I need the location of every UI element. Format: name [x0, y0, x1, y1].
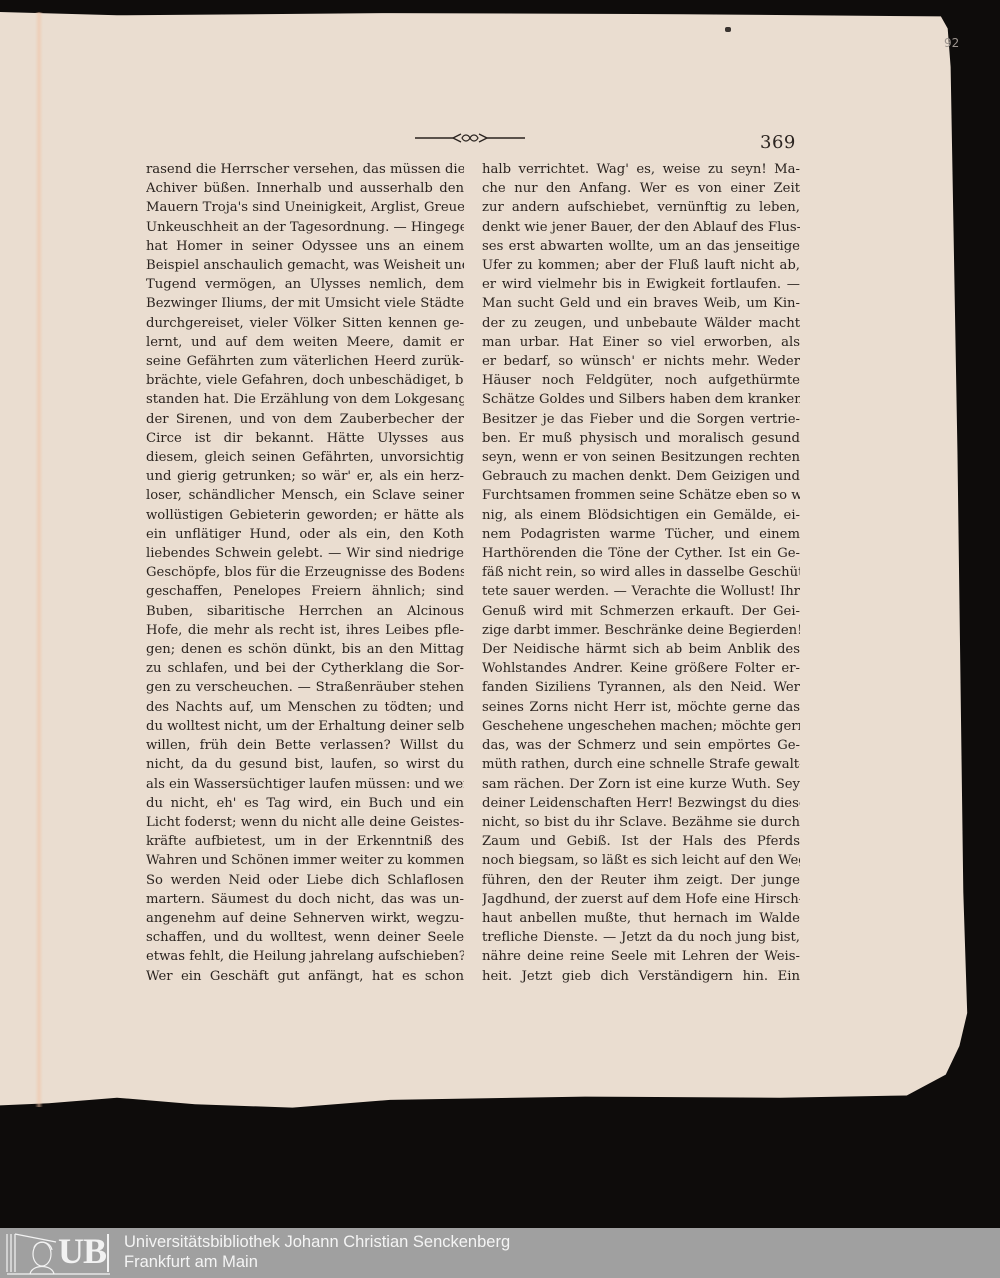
- text-line: seine Gefährten zum väterlichen Heerd zu…: [146, 352, 464, 371]
- text-line: fäß nicht rein, so wird alles in dasselb…: [482, 563, 800, 582]
- text-line: Wer ein Geschäft gut anfängt, hat es sch…: [146, 967, 464, 986]
- text-line: rasend die Herrscher versehen, das müsse…: [146, 160, 464, 179]
- text-line: zu schlafen, und bei der Cytherklang die…: [146, 659, 464, 678]
- text-line: gen; denen es schön dünkt, bis an den Mi…: [146, 640, 464, 659]
- text-line: ein unflätiger Hund, oder als ein, den K…: [146, 525, 464, 544]
- text-line: Wahren und Schönen immer weiter zu komme…: [146, 851, 464, 870]
- text-line: Man sucht Geld und ein braves Weib, um K…: [482, 294, 800, 313]
- text-line: liebendes Schwein gelebt. — Wir sind nie…: [146, 544, 464, 563]
- text-line: standen hat. Die Erzählung von dem Lokge…: [146, 390, 464, 409]
- text-line: zige darbt immer. Beschränke deine Begie…: [482, 621, 800, 640]
- text-line: angenehm auf deine Sehnerven wirkt, wegz…: [146, 909, 464, 928]
- page-fold-shadow: [35, 12, 43, 1107]
- text-line: Schätze Goldes und Silbers haben dem kra…: [482, 390, 800, 409]
- text-line: Gebrauch zu machen denkt. Dem Geizigen u…: [482, 467, 800, 486]
- text-line: der Sirenen, und von dem Zauberbecher de…: [146, 410, 464, 429]
- text-line: willen, früh dein Bette verlassen? Wills…: [146, 736, 464, 755]
- text-line: durchgereiset, vieler Völker Sitten kenn…: [146, 314, 464, 333]
- library-name: Universitätsbibliothek Johann Christian …: [124, 1233, 510, 1252]
- text-line: Der Neidische härmt sich ab beim Anblik …: [482, 640, 800, 659]
- text-line: Harthörenden die Töne der Cyther. Ist ei…: [482, 544, 800, 563]
- text-line: gen zu verscheuchen. — Straßenräuber ste…: [146, 678, 464, 697]
- text-line: So werden Neid oder Liebe dich Schlaflos…: [146, 871, 464, 890]
- text-line: nem Podagristen warme Tücher, und einem: [482, 525, 800, 544]
- text-line: lernt, und auf dem weiten Meere, damit e…: [146, 333, 464, 352]
- text-column-right: halb verrichtet. Wag' es, weise zu seyn!…: [482, 160, 800, 986]
- text-line: loser, schändlicher Mensch, ein Sclave s…: [146, 486, 464, 505]
- text-line: ben. Er muß physisch und moralisch gesun…: [482, 429, 800, 448]
- library-footer-bar: UB Universitätsbibliothek Johann Christi…: [0, 1228, 1000, 1278]
- text-line: diesem, gleich seinen Gefährten, unvorsi…: [146, 448, 464, 467]
- text-line: Mauern Troja's sind Uneinigkeit, Arglist…: [146, 198, 464, 217]
- text-line: heit. Jetzt gieb dich Verständigern hin.…: [482, 967, 800, 986]
- logo-divider: [107, 1234, 109, 1272]
- text-line: als ein Wassersüchtiger laufen müssen: u…: [146, 775, 464, 794]
- ub-logo-text: UB: [58, 1230, 106, 1272]
- text-line: brächte, viele Gefahren, doch unbeschädi…: [146, 371, 464, 390]
- text-line: schaffen, und du wolltest, wenn deiner S…: [146, 928, 464, 947]
- text-line: Häuser noch Feldgüter, noch aufgethürmte: [482, 371, 800, 390]
- text-line: das, was der Schmerz und sein empörtes G…: [482, 736, 800, 755]
- text-line: wollüstigen Gebieterin geworden; er hätt…: [146, 506, 464, 525]
- text-line: müth rathen, durch eine schnelle Strafe …: [482, 755, 800, 774]
- text-line: hat Homer in seiner Odyssee uns an einem: [146, 237, 464, 256]
- text-line: du wolltest nicht, um der Erhaltung dein…: [146, 717, 464, 736]
- text-line: sam rächen. Der Zorn ist eine kurze Wuth…: [482, 775, 800, 794]
- text-line: seines Zorns nicht Herr ist, möchte gern…: [482, 698, 800, 717]
- text-line: Ufer zu kommen; aber der Fluß lauft nich…: [482, 256, 800, 275]
- text-line: zur andern aufschiebet, vernünftig zu le…: [482, 198, 800, 217]
- text-line: ses erst abwarten wollte, um an das jens…: [482, 237, 800, 256]
- library-location: Frankfurt am Main: [124, 1253, 258, 1272]
- archive-folio-mark: 92: [944, 36, 959, 50]
- text-line: noch biegsam, so läßt es sich leicht auf…: [482, 851, 800, 870]
- text-line: martern. Säumest du doch nicht, das was …: [146, 890, 464, 909]
- text-line: und gierig getrunken; so wär' er, als ei…: [146, 467, 464, 486]
- text-line: seyn, wenn er von seinen Besitzungen rec…: [482, 448, 800, 467]
- text-line: Jagdhund, der zuerst auf dem Hofe eine H…: [482, 890, 800, 909]
- text-line: nig, als einem Blödsichtigen ein Gemälde…: [482, 506, 800, 525]
- text-line: nähre deine reine Seele mit Lehren der W…: [482, 947, 800, 966]
- text-line: nicht, da du gesund bist, laufen, so wir…: [146, 755, 464, 774]
- text-line: kräfte aufbietest, um in der Erkenntniß …: [146, 832, 464, 851]
- text-line: er wird vielmehr bis in Ewigkeit fortlau…: [482, 275, 800, 294]
- text-line: Besitzer je das Fieber und die Sorgen ve…: [482, 410, 800, 429]
- text-column-left: rasend die Herrscher versehen, das müsse…: [146, 160, 464, 986]
- text-line: Bezwinger Iliums, der mit Umsicht viele …: [146, 294, 464, 313]
- text-line: geschaffen, Penelopes Freiern ähnlich; s…: [146, 582, 464, 601]
- text-line: Zaum und Gebiß. Ist der Hals des Pferds: [482, 832, 800, 851]
- text-line: Beispiel anschaulich gemacht, was Weishe…: [146, 256, 464, 275]
- text-line: Licht foderst; wenn du nicht alle deine …: [146, 813, 464, 832]
- text-line: führen, den der Reuter ihm zeigt. Der ju…: [482, 871, 800, 890]
- page-number: 369: [760, 132, 796, 153]
- text-line: denkt wie jener Bauer, der den Ablauf de…: [482, 218, 800, 237]
- header-ornament-icon: [415, 132, 525, 144]
- text-line: des Nachts auf, um Menschen zu tödten; u…: [146, 698, 464, 717]
- text-line: Geschöpfe, blos für die Erzeugnisse des …: [146, 563, 464, 582]
- ink-speck: [725, 27, 731, 32]
- text-line: trefliche Dienste. — Jetzt da du noch ju…: [482, 928, 800, 947]
- text-line: der zu zeugen, und unbebaute Wälder mach…: [482, 314, 800, 333]
- text-line: Geschehene ungeschehen machen; möchte ge…: [482, 717, 800, 736]
- text-line: Wohlstandes Andrer. Keine größere Folter…: [482, 659, 800, 678]
- text-line: Furchtsamen frommen seine Schätze eben s…: [482, 486, 800, 505]
- text-line: Unkeuschheit an der Tagesordnung. — Hing…: [146, 218, 464, 237]
- text-line: man urbar. Hat Einer so viel erworben, a…: [482, 333, 800, 352]
- text-line: deiner Leidenschaften Herr! Bezwingst du…: [482, 794, 800, 813]
- text-line: fanden Siziliens Tyrannen, als den Neid.…: [482, 678, 800, 697]
- text-line: nicht, so bist du ihr Sclave. Bezähme si…: [482, 813, 800, 832]
- text-line: etwas fehlt, die Heilung jahrelang aufsc…: [146, 947, 464, 966]
- text-line: Achiver büßen. Innerhalb und ausserhalb …: [146, 179, 464, 198]
- text-line: halb verrichtet. Wag' es, weise zu seyn!…: [482, 160, 800, 179]
- text-line: Hofe, die mehr als recht ist, ihres Leib…: [146, 621, 464, 640]
- text-line: haut anbellen mußte, thut hernach im Wal…: [482, 909, 800, 928]
- text-line: er bedarf, so wünsch' er nichts mehr. We…: [482, 352, 800, 371]
- text-line: du nicht, eh' es Tag wird, ein Buch und …: [146, 794, 464, 813]
- text-line: Genuß wird mit Schmerzen erkauft. Der Ge…: [482, 602, 800, 621]
- text-line: Tugend vermögen, an Ulysses nemlich, dem: [146, 275, 464, 294]
- text-line: che nur den Anfang. Wer es von einer Zei…: [482, 179, 800, 198]
- text-line: Circe ist dir bekannt. Hätte Ulysses aus: [146, 429, 464, 448]
- text-line: Buben, sibaritische Herrchen an Alcinous: [146, 602, 464, 621]
- text-line: tete sauer werden. — Verachte die Wollus…: [482, 582, 800, 601]
